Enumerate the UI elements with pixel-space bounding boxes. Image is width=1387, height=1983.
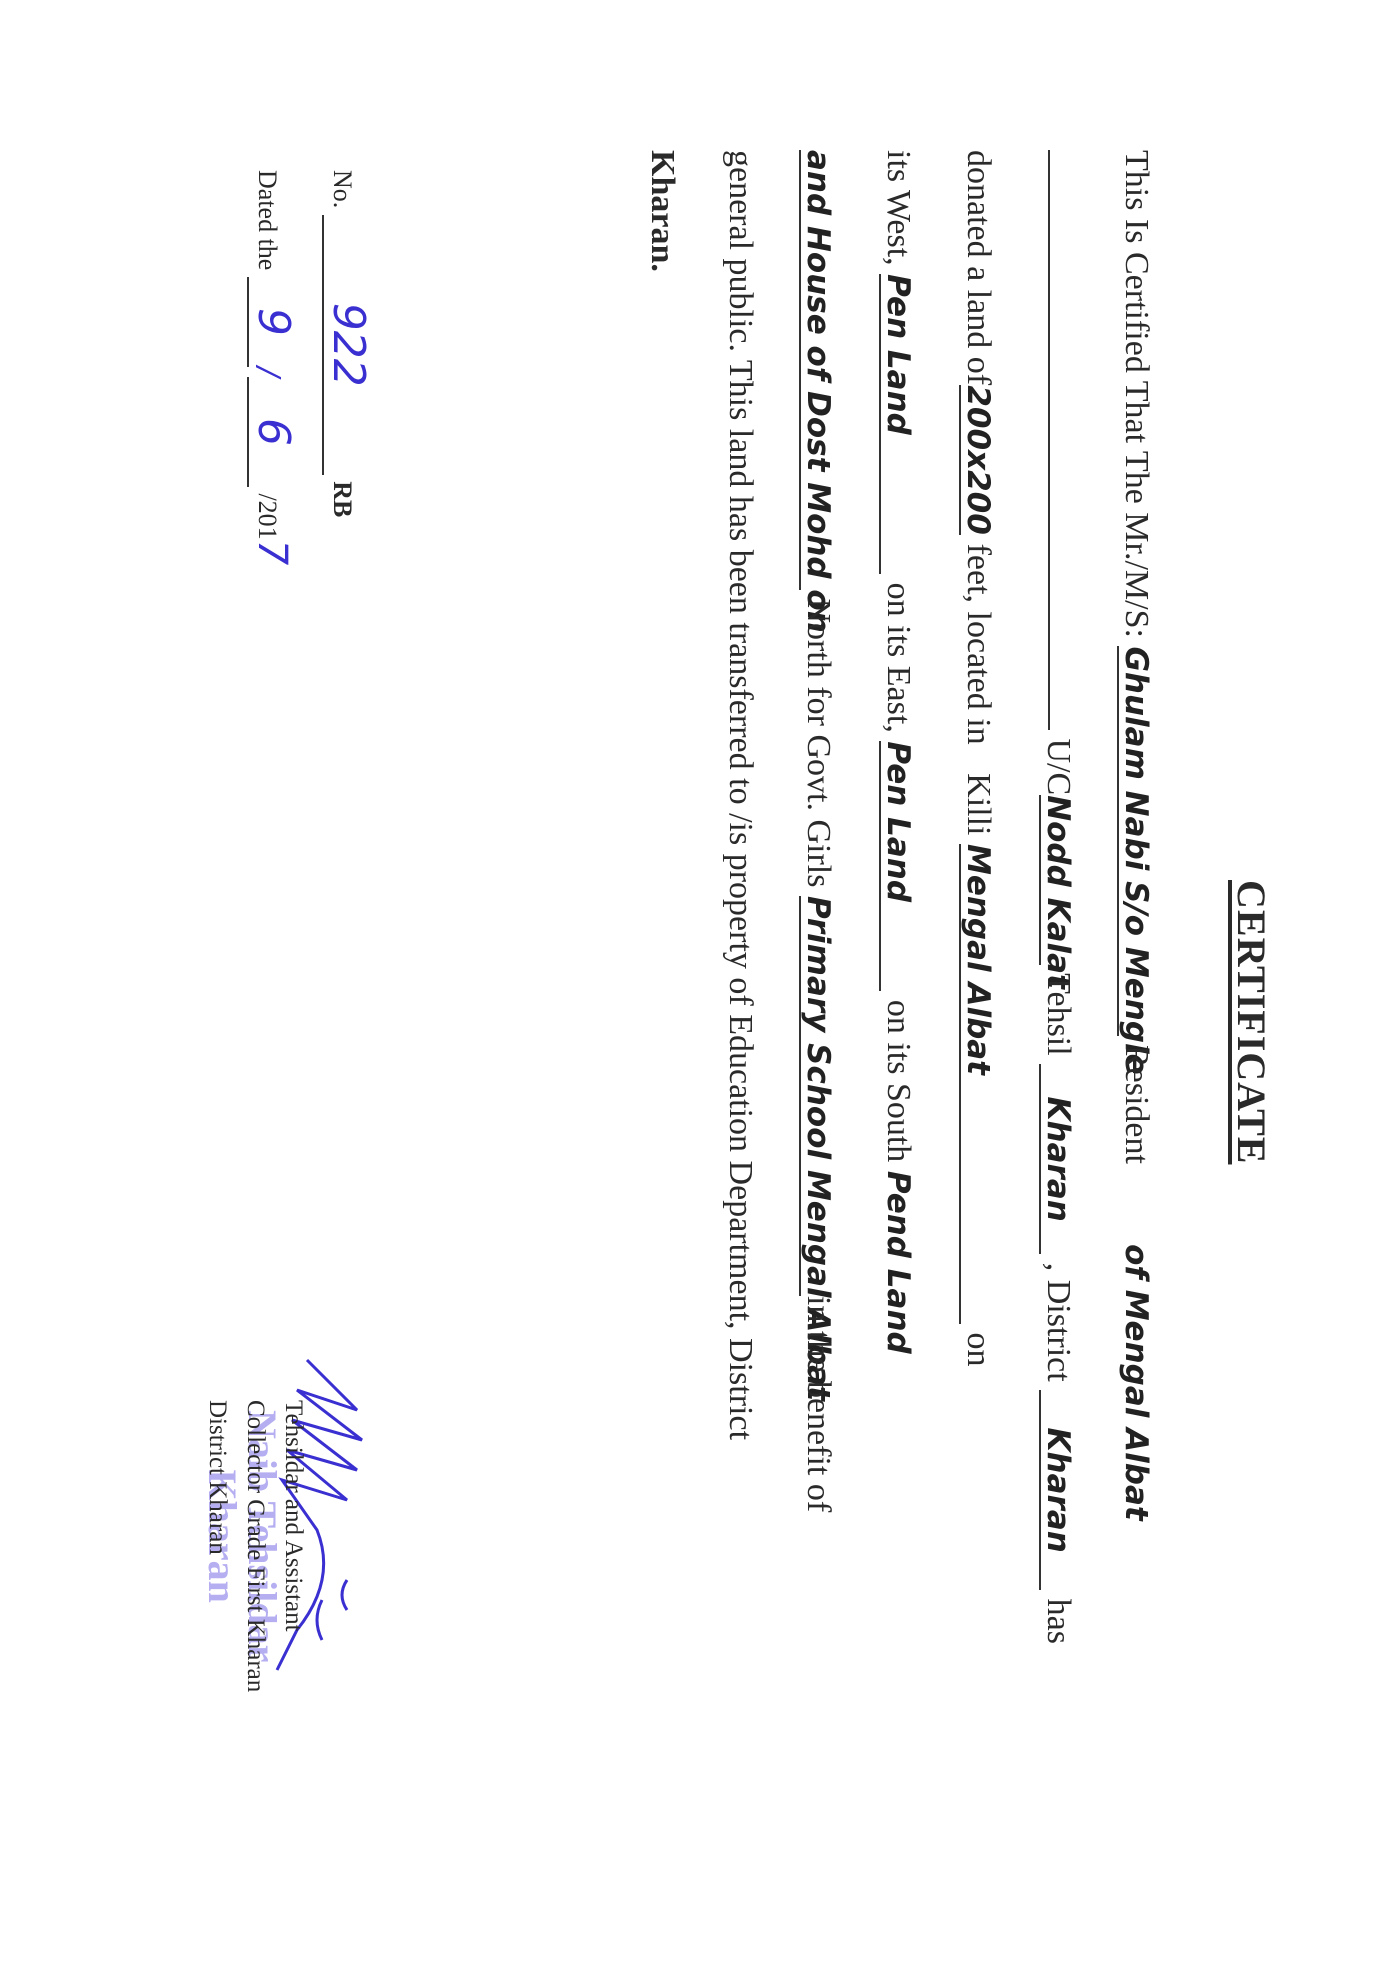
person-name-field: Ghulam Nabi S/o Mengle	[1117, 646, 1153, 1036]
signatory-line-2: Collector Grade First Kharan	[236, 1400, 274, 1692]
signatory-line-1: Tehsildar and Assistant	[274, 1400, 312, 1692]
signatory-line-3: District Kharan	[198, 1400, 236, 1692]
certified-prefix: This Is Certified That The Mr./M/S:	[1118, 150, 1155, 638]
feet-label: feet, located in	[960, 544, 997, 745]
certificate-line-1: This Is Certified That The Mr./M/S: Ghul…	[1117, 150, 1155, 1592]
no-suffix: RB	[328, 481, 357, 517]
dated-label: Dated the	[253, 170, 282, 270]
benefit-label: in the benefit of	[800, 1296, 837, 1512]
south-label: on its South	[880, 1000, 917, 1162]
east-label: on its East,	[880, 583, 917, 733]
certificate-line-4: its West, Pen Land on its East, Pen Land…	[879, 150, 917, 1431]
certificate-line-2: U/CNodd Kalat Tehsil Kharan , District K…	[1039, 150, 1077, 1644]
day-field: 9	[247, 277, 297, 367]
killi-field: Mengal Albat	[959, 844, 995, 1324]
south-boundary-field: Pend Land	[881, 1171, 915, 1431]
uc-field: Nodd Kalat	[1039, 795, 1075, 965]
tehsil-label: Tehsil	[1040, 973, 1077, 1056]
killi-label: Killi	[960, 773, 997, 835]
no-label: No.	[328, 170, 357, 208]
tehsil-field: Kharan	[1039, 1064, 1075, 1254]
certificate-title: CERTIFICATE	[1228, 880, 1275, 1164]
year-suffix: 7	[249, 540, 295, 565]
uc-label: U/C	[1040, 739, 1077, 796]
district-label: , District	[1040, 1263, 1077, 1382]
year-prefix: /201	[253, 493, 282, 539]
name-continuation-blank	[1048, 150, 1050, 730]
reference-number: No. 922 RB	[322, 170, 372, 517]
resident-of-field: of Mengal Albat	[1119, 1172, 1153, 1592]
district-field: Kharan	[1039, 1390, 1075, 1590]
north-boundary-field: and House of Dost Mohd on	[799, 150, 835, 590]
reference-date: Dated the 9/6 /2017	[247, 170, 297, 565]
land-size-field: 200x200	[959, 385, 995, 535]
month-field: 6	[247, 377, 297, 487]
has-label: has	[1040, 1599, 1077, 1644]
certificate-line-5: and House of Dost Mohd on North for Govt…	[799, 150, 837, 1512]
west-boundary-field: Pen Land	[879, 274, 915, 574]
north-label: North for Govt. Girls	[800, 599, 837, 888]
certificate-line-7: Kharan.	[643, 150, 681, 272]
no-field: 922	[322, 215, 372, 475]
certificate-line-3: donated a land of200x200 feet, located i…	[959, 150, 997, 1366]
east-boundary-field: Pen Land	[879, 741, 915, 991]
certificate-page: CERTIFICATE This Is Certified That The M…	[0, 0, 1387, 1983]
school-name-field: Primary School Mengal Albat	[799, 896, 835, 1296]
resident-label: Resident	[1118, 1045, 1155, 1164]
donated-label: donated a land of	[960, 150, 997, 385]
on-label: on	[960, 1332, 997, 1366]
signatory-block: Tehsildar and Assistant Collector Grade …	[198, 1400, 312, 1692]
west-label: its West,	[880, 150, 917, 266]
certificate-line-6: general public. This land has been trans…	[721, 150, 759, 1440]
